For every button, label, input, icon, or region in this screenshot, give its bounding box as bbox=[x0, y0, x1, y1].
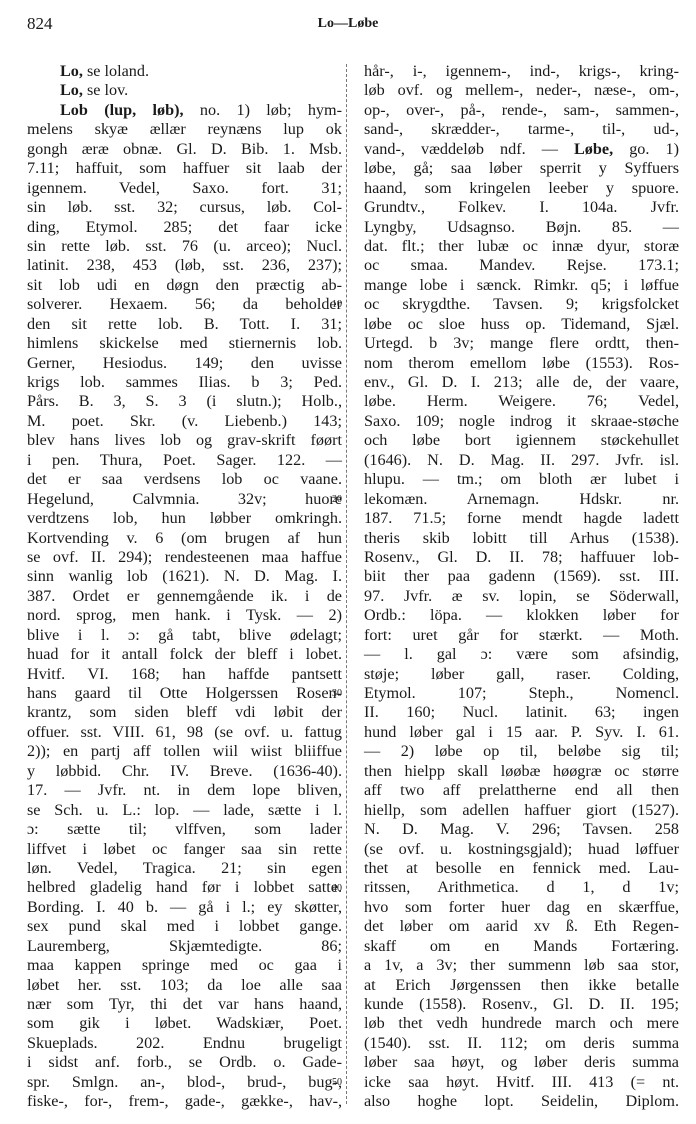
text-line: Etymol. 107; Steph., Nomencl. bbox=[364, 684, 679, 703]
text-line: løbe, gå; saa løber sperrit y Syffuers bbox=[364, 159, 679, 178]
left-column: Lo, se loland.Lo, se lov.Lob (lup, løb),… bbox=[27, 62, 342, 1112]
text-line: nær som Tyr, thi det var hans haand, bbox=[27, 995, 342, 1014]
text-line: Lo, se lov. bbox=[27, 81, 342, 100]
text-line: Lauremberg, Skjæmtedigte. 86; bbox=[27, 937, 342, 956]
text-line: offuer. sst. VIII. 61, 98 (se ovf. u. fa… bbox=[27, 723, 342, 742]
text-line: Gerner, Hesiodus. 149; den uvisse bbox=[27, 354, 342, 373]
text-line: — l. gal ɔ: være som afsindig, bbox=[364, 645, 679, 664]
text-line: ritssen, Arithmetica. d 1, d 1v; bbox=[364, 878, 679, 897]
text-line: ɔ: sætte til; vlffven, som lader bbox=[27, 820, 342, 839]
text-line: gongh æræ obnæ. Gl. D. Bib. 1. Msb. bbox=[27, 140, 342, 159]
text-line: hvo som forter huer dag en skærffue, bbox=[364, 898, 679, 917]
page-header: 824 Lo—Løbe bbox=[0, 10, 696, 34]
text-line: Lob (lup, løb), no. 1) løb; hym- bbox=[27, 101, 342, 120]
text-line: helbred gladelig hand før i lobbet satte… bbox=[27, 878, 342, 897]
text-line: latinit. 238, 453 (løb, sst. 236, 237); bbox=[27, 256, 342, 275]
text-line: se Sch. u. L.: lop. — lade, sætte i l. bbox=[27, 801, 342, 820]
text-line: M. poet. Skr. (v. Liebenb.) 143; bbox=[27, 412, 342, 431]
text-line: a 1v, a 3v; ther summenn løb saa stor, bbox=[364, 956, 679, 975]
text-line: 97. Jvfr. æ sv. lopin, se Söderwall, bbox=[364, 587, 679, 606]
text-line: solverer. Hexaem. 56; da beholder bbox=[27, 295, 342, 314]
text-line: oc smaa. Mandev. Rejse. 173.1; bbox=[364, 256, 679, 275]
text-line: hans gaard til Otte Holgerssen Rosen- bbox=[27, 684, 342, 703]
text-line: hiellp, som adellen haffuer giort (1527)… bbox=[364, 801, 679, 820]
text-line: Bording. I. 40 b. — gå i l.; ey skøtter, bbox=[27, 898, 342, 917]
text-line: den sit rette lob. B. Tott. I. 31; bbox=[27, 315, 342, 334]
text-line: thet at besolle en fennick med. Lau- bbox=[364, 859, 679, 878]
text-line: (1540). sst. II. 112; om deris summa bbox=[364, 1034, 679, 1053]
text-line: 387. Ordet er gennemgående ik. i de bbox=[27, 587, 342, 606]
text-line: løbet her. sst. 103; da loe alle saa bbox=[27, 976, 342, 995]
text-line: fort: uret går for stærkt. — Moth. bbox=[364, 626, 679, 645]
text-line: 7.11; haffuit, som haffuer sit laab der bbox=[27, 159, 342, 178]
text-line: krigs lob. sammes Ilias. b 3; Ped. bbox=[27, 373, 342, 392]
text-line: theris skib lobitt till Arhus (1538). bbox=[364, 529, 679, 548]
text-line: ding, Etymol. 285; det faar icke bbox=[27, 218, 342, 237]
text-line: aff two aff prelattherne end all then bbox=[364, 781, 679, 800]
text-line: sit lob udi en døgn den præctig ab- bbox=[27, 276, 342, 295]
text-line: mange lobe i sænck. Rimkr. q5; i løffue bbox=[364, 276, 679, 295]
text-line: biit ther paa gadenn (1569). sst. III. bbox=[364, 567, 679, 586]
text-line: N. D. Mag. V. 296; Tavsen. 258 bbox=[364, 820, 679, 839]
text-line: also hoghe lopt. Seidelin, Diplom. bbox=[364, 1092, 679, 1111]
text-line: Rosenv., Gl. D. II. 78; haffuuer lob- bbox=[364, 548, 679, 567]
text-line: det er saa verdsens lob oc vaane. bbox=[27, 470, 342, 489]
text-line: nom therom emellom løbe (1553). Ros- bbox=[364, 354, 679, 373]
text-line: oc skrygdthe. Tavsen. 9; krigsfolcket bbox=[364, 295, 679, 314]
text-line: Saxo. 109; nogle indrog it skraae-støche bbox=[364, 412, 679, 431]
text-line: i pen. Thura, Poet. Sager. 122. — bbox=[27, 451, 342, 470]
text-line: Hegelund, Calvmnia. 32v; huore bbox=[27, 490, 342, 509]
text-line: env., Gl. D. I. 213; alle de, der vaare, bbox=[364, 373, 679, 392]
text-line: sex pund skal med i lobbet gange. bbox=[27, 917, 342, 936]
text-line: Lo, se loland. bbox=[27, 62, 342, 81]
text-line: op-, over-, på-, rende-, sam-, sammen-, bbox=[364, 101, 679, 120]
text-line: (se ovf. u. kostningsgjald); huad løffue… bbox=[364, 840, 679, 859]
text-line: 2)); en partj aff tollen wiil wiist blii… bbox=[27, 742, 342, 761]
text-line: sin løb. sst. 32; cursus, løb. Col- bbox=[27, 198, 342, 217]
text-line: sand-, skrædder-, tarme-, til-, ud-, bbox=[364, 120, 679, 139]
text-line: støje; løber gall, raser. Colding, bbox=[364, 665, 679, 684]
text-line: vand-, væddeløb ndf. — Løbe, go. 1) bbox=[364, 140, 679, 159]
text-line: verdtzens lob, hun løbber omkringh. bbox=[27, 509, 342, 528]
running-head: Lo—Løbe bbox=[0, 16, 696, 32]
text-line: liffvet i løbet oc fanger saa sin rette bbox=[27, 840, 342, 859]
text-line: Hvitf. VI. 168; han haffde pantsett bbox=[27, 665, 342, 684]
text-line: melens skyæ ællær reynæns lup ok bbox=[27, 120, 342, 139]
text-line: y løbbid. Chr. IV. Breve. (1636-40). bbox=[27, 762, 342, 781]
text-line: løb ovf. og mellem-, neder-, næse-, om-, bbox=[364, 81, 679, 100]
text-line: (1646). N. D. Mag. II. 297. Jvfr. isl. bbox=[364, 451, 679, 470]
text-line: huad for it antall folck der bleff i lob… bbox=[27, 645, 342, 664]
text-line: 17. — Jvfr. nt. in dem lope bliven, bbox=[27, 781, 342, 800]
text-line: løn. Vedel, Tragica. 21; sin egen bbox=[27, 859, 342, 878]
text-line: och løbe bort igiennem støckehullet bbox=[364, 431, 679, 450]
text-line: kunde (1558). Rosenv., Gl. D. II. 195; bbox=[364, 995, 679, 1014]
text-line: Ordb.: löpa. — klokken løber for bbox=[364, 606, 679, 625]
text-line: hår-, i-, igennem-, ind-, krigs-, kring- bbox=[364, 62, 679, 81]
text-line: løb thet vedh hundrede march och mere bbox=[364, 1014, 679, 1033]
text-line: II. 160; Nucl. latinit. 63; ingen bbox=[364, 703, 679, 722]
text-line: nord. sprog, men hank. i Tysk. — 2) bbox=[27, 606, 342, 625]
text-line: blev hans lives lob og grav-skrift føørt bbox=[27, 431, 342, 450]
text-line: blive i l. ɔ: gå tabt, blive ødelagt; bbox=[27, 626, 342, 645]
text-line: 187. 71.5; forne mendt hagde ladett bbox=[364, 509, 679, 528]
text-line: som gik i løbet. Wadskiær, Poet. bbox=[27, 1014, 342, 1033]
text-line: løbe. Herm. Weigere. 76; Vedel, bbox=[364, 392, 679, 411]
text-line: at Erich Jørgenssen then ikke betalle bbox=[364, 976, 679, 995]
text-line: spr. Smlgn. an-, blod-, brud-, bug-, bbox=[27, 1073, 342, 1092]
text-line: Urtegd. b 3v; mange flere ordtt, then- bbox=[364, 334, 679, 353]
text-line: icke saa høyt. Hvitf. III. 413 (= nt. bbox=[364, 1073, 679, 1092]
column-divider bbox=[346, 64, 347, 1104]
text-line: himlens skickelse med stiernernis lob. bbox=[27, 334, 342, 353]
text-line: maa kappen springe med oc gaa i bbox=[27, 956, 342, 975]
text-line: i sidst anf. forb., se Ordb. o. Gade- bbox=[27, 1053, 342, 1072]
text-line: dat. flt.; ther lubæ oc innæ dyur, storæ bbox=[364, 237, 679, 256]
text-line: Pårs. B. 3, S. 3 (i slutn.); Holb., bbox=[27, 392, 342, 411]
text-line: igennem. Vedel, Saxo. fort. 31; bbox=[27, 179, 342, 198]
text-line: sinn wanlig lob (1621). N. D. Mag. I. bbox=[27, 567, 342, 586]
text-line: se ovf. II. 294); rendesteenen maa haffu… bbox=[27, 548, 342, 567]
text-line: Kortvending v. 6 (om brugen af hun bbox=[27, 529, 342, 548]
text-line: løber saa høyt, og løber deris summa bbox=[364, 1053, 679, 1072]
text-line: fiske-, for-, frem-, gade-, gække-, hav-… bbox=[27, 1092, 342, 1111]
text-line: sin rette løb. sst. 76 (u. arceo); Nucl. bbox=[27, 237, 342, 256]
text-line: Skueplads. 202. Endnu brugeligt bbox=[27, 1034, 342, 1053]
text-line: — 2) løbe op til, beløbe sig til; bbox=[364, 742, 679, 761]
text-line: skaff om en Mands Fortæring. bbox=[364, 937, 679, 956]
text-line: Grundtv., Folkev. I. 104a. Jvfr. bbox=[364, 198, 679, 217]
text-line: hlupu. — tm.; om bloth ær lubet i bbox=[364, 470, 679, 489]
right-column: hår-, i-, igennem-, ind-, krigs-, kring-… bbox=[364, 62, 679, 1112]
text-line: krantz, som siden bleff vdi løbit der bbox=[27, 703, 342, 722]
text-line: haand, som kringelen leeber y spuore. bbox=[364, 179, 679, 198]
text-line: lekomæn. Arnemagn. Hdskr. nr. bbox=[364, 490, 679, 509]
text-line: det løber om aarid xv ß. Eth Regen- bbox=[364, 917, 679, 936]
text-line: hund løber gal i 15 aar. P. Syv. I. 61. bbox=[364, 723, 679, 742]
text-line: løbe oc sloe huss op. Tidemand, Sjæl. bbox=[364, 315, 679, 334]
text-line: then hielpp skall løøbæ høøgræ oc større bbox=[364, 762, 679, 781]
text-line: Lyngby, Udsagnso. Bøjn. 85. — bbox=[364, 218, 679, 237]
